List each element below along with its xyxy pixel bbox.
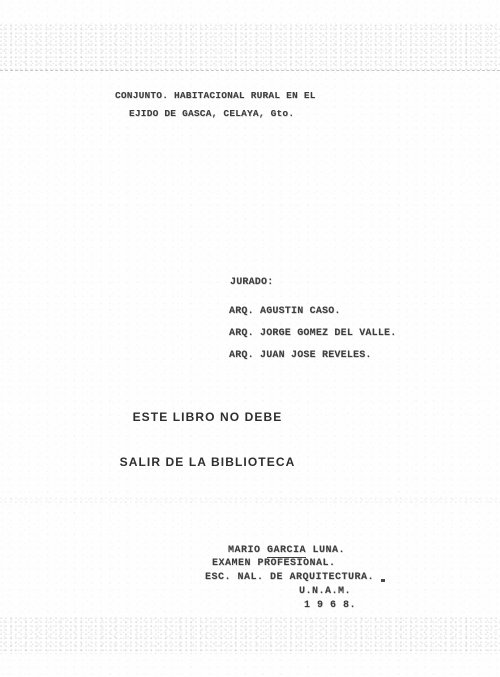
- school-line: ESC. NAL. DE ARQUITECTURA.: [205, 572, 374, 583]
- title-line-2: EJIDO DE GASCA, CELAYA, Gto.: [129, 108, 294, 119]
- year-line: 1 9 6 8.: [304, 600, 356, 611]
- scan-noise-band-top: [0, 24, 500, 70]
- jury-member: ARQ. AGUSTIN CASO.: [229, 306, 341, 317]
- jury-member: ARQ. JUAN JOSE REVELES.: [229, 350, 372, 361]
- jury-heading: JURADO:: [230, 277, 273, 288]
- author-name-line: MARIO GARCIA LUNA.: [228, 545, 345, 556]
- exam-line: EXAMEN PROFESIONAL.: [212, 558, 336, 569]
- author-first-name: MARIO: [228, 545, 267, 556]
- library-stamp-line-1: ESTE LIBRO NO DEBE: [100, 410, 315, 425]
- author-second-surname: LUNA.: [306, 545, 345, 556]
- scan-edge-line: [0, 70, 500, 71]
- library-stamp-line-2: SALIR DE LA BIBLIOTECA: [100, 455, 315, 470]
- title-line-1: CONJUNTO. HABITACIONAL RURAL EN EL: [115, 90, 316, 101]
- library-stamp: ESTE LIBRO NO DEBE SALIR DE LA BIBLIOTEC…: [100, 380, 315, 500]
- jury-member: ARQ. JORGE GOMEZ DEL VALLE.: [229, 328, 396, 339]
- university-line: U.N.A.M.: [299, 586, 351, 597]
- ink-speck: [381, 579, 385, 582]
- scan-noise-band-bottom: [0, 617, 500, 654]
- scanned-document-page: CONJUNTO. HABITACIONAL RURAL EN EL EJIDO…: [0, 0, 500, 677]
- author-surname-underlined: GARCIA: [267, 545, 306, 558]
